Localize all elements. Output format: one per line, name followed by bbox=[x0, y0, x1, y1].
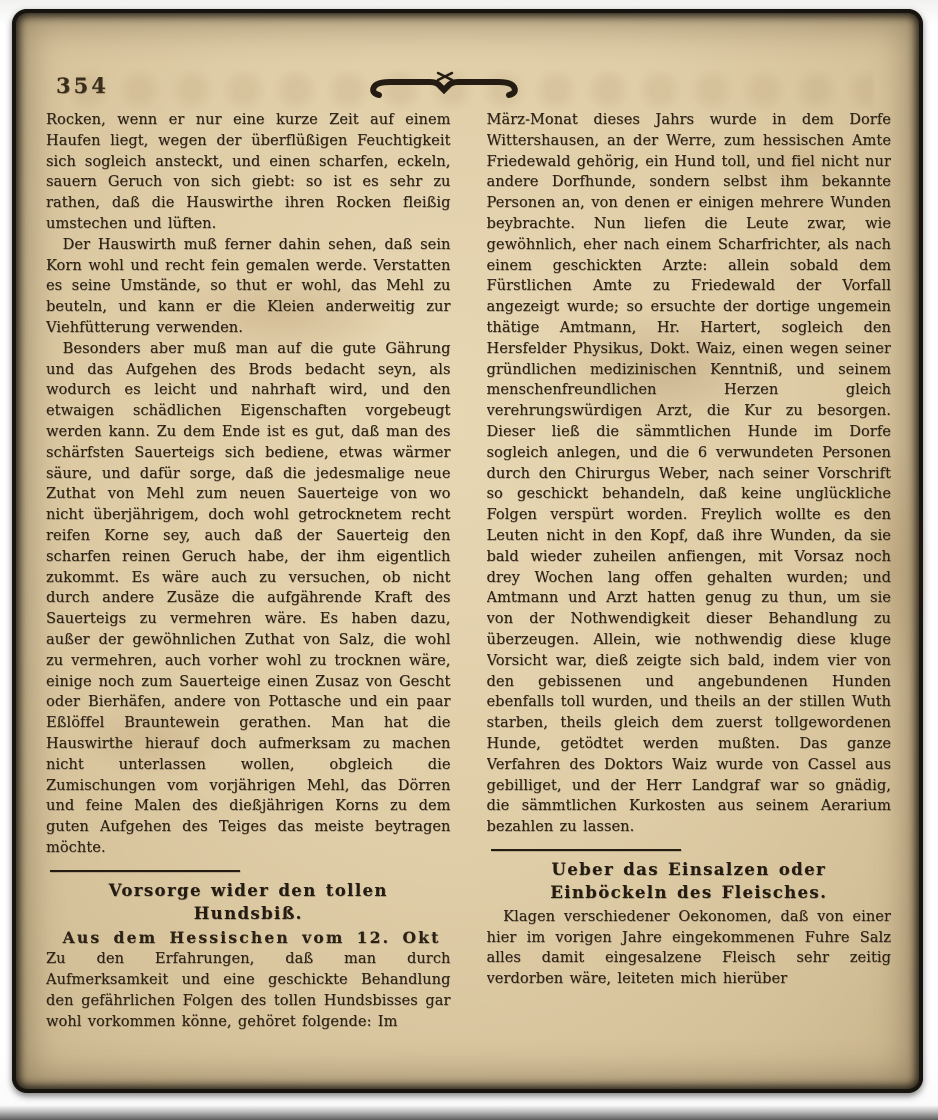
paragraph-rocken: Rocken, wenn er nur eine kurze Zeit auf … bbox=[46, 110, 451, 235]
dateline-hessischen: Aus dem Hessischen vom 12. Okt bbox=[63, 928, 441, 947]
heading-einsalzen: Ueber das Einsalzen oder Einböckeln des … bbox=[493, 858, 886, 904]
scanned-page: 354 Rocken, wenn er nur eine kurze Zeit … bbox=[12, 9, 923, 1093]
section-divider-rule bbox=[491, 849, 681, 851]
scan-bottom-shadow bbox=[0, 1105, 938, 1120]
section-divider-rule bbox=[50, 870, 240, 872]
paragraph-hauswirth: Der Hauswirth muß ferner dahin sehen, da… bbox=[46, 235, 451, 339]
page-number: 354 bbox=[56, 73, 109, 98]
paragraph-maerz: März-Monat dieses Jahrs wurde in dem Dor… bbox=[487, 110, 892, 838]
right-column: März-Monat dieses Jahrs wurde in dem Dor… bbox=[487, 110, 892, 1063]
paragraph-hundsbiss-text: Zu den Erfahrungen, daß man durch Aufmer… bbox=[46, 951, 451, 1029]
left-column: Rocken, wenn er nur eine kurze Zeit auf … bbox=[46, 110, 451, 1063]
paragraph-klagen: Klagen verschiedener Oekonomen, daß von … bbox=[487, 907, 892, 990]
two-column-text-area: Rocken, wenn er nur eine kurze Zeit auf … bbox=[46, 110, 891, 1063]
printers-rule-ornament-icon bbox=[367, 71, 527, 101]
paragraph-besonders: Besonders aber muß man auf die gute Gähr… bbox=[46, 339, 451, 859]
heading-hundsbiss: Vorsorge wider den tollen Hundsbiß. bbox=[52, 879, 445, 925]
paragraph-hundsbiss: Aus dem Hessischen vom 12. Okt Zu den Er… bbox=[46, 928, 451, 1033]
